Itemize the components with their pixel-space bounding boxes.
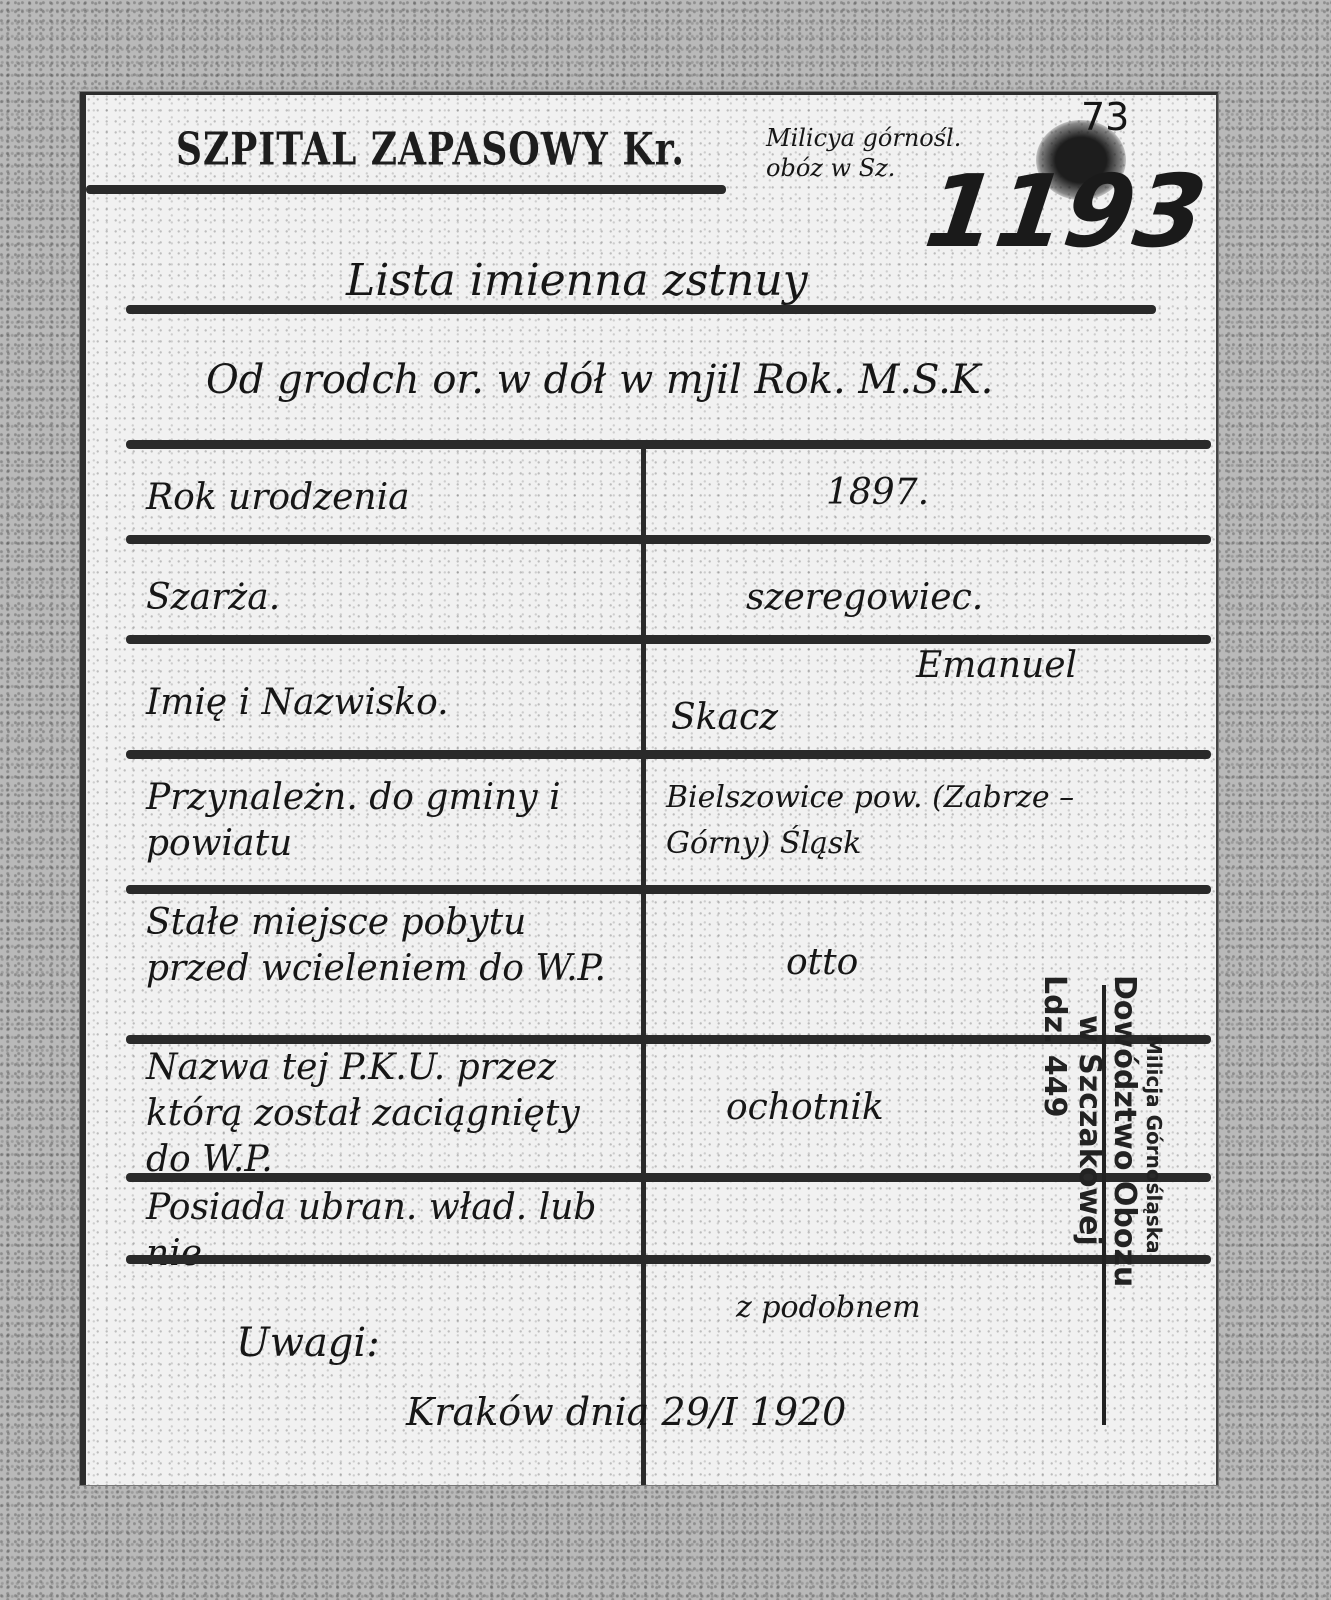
from-line: Od grodch or. w dół w mjil Rok. M.S.K.	[206, 357, 993, 403]
value-surname: Skacz	[671, 695, 778, 741]
stamp-line-4: Ldz. 449	[1037, 975, 1072, 1287]
value-permanent-residence: otto	[786, 940, 858, 986]
label-name: Imię i Nazwisko.	[146, 680, 449, 726]
printed-header: SZPITAL ZAPASOWY Kr.	[176, 123, 685, 176]
document-title: Lista imienna zstnuy	[346, 255, 808, 306]
row-rule	[126, 885, 1211, 894]
header-rule	[86, 185, 726, 194]
title-rule	[126, 305, 1156, 314]
row-rule	[126, 535, 1211, 544]
document-sheet: SZPITAL ZAPASOWY Kr. Milicya górnośl. ob…	[80, 92, 1218, 1485]
margin-note-line-2: obóz w Sz.	[766, 153, 961, 183]
label-birth-year: Rok urodzenia	[146, 475, 410, 521]
place-date: Kraków dnia 29/I 1920	[406, 1390, 846, 1434]
label-permanent-residence: Stałe miejsce pobytu przed wcieleniem do…	[146, 900, 626, 992]
value-first-name: Emanuel	[916, 643, 1077, 689]
label-residence-municipality: Przynależn. do gminy i powiatu	[146, 775, 626, 867]
page-number: 73	[1081, 95, 1129, 139]
value-residence-municipality: Bielszowice pow. (Zabrze – Górny) Śląsk	[666, 775, 1186, 867]
official-stamp: Milicja Górnośląska Dowództwo Obozu w Sz…	[1037, 975, 1166, 1287]
stamp-line-3: w Szczakowej	[1072, 1015, 1107, 1287]
header-text: SZPITAL ZAPASOWY	[176, 123, 609, 176]
value-birth-year: 1897.	[826, 470, 929, 516]
value-recruitment-office: ochotnik	[726, 1085, 884, 1131]
remarks-label: Uwagi:	[236, 1320, 380, 1366]
header-suffix: Kr.	[622, 123, 684, 176]
stamp-line-2: Dowództwo Obozu	[1107, 975, 1142, 1287]
stamp-line-1: Milicja Górnośląska	[1142, 1035, 1166, 1287]
row-rule	[126, 750, 1211, 759]
value-rank: szeregowiec.	[746, 575, 983, 621]
signature-note: z podobnem	[736, 1290, 921, 1325]
label-recruitment-office: Nazwa tej P.K.U. przez którą został zaci…	[146, 1045, 626, 1183]
label-rank: Szarża.	[146, 575, 280, 621]
margin-note-line-1: Milicya górnośl.	[766, 123, 961, 153]
table-top-rule	[126, 440, 1211, 449]
margin-note: Milicya górnośl. obóz w Sz.	[766, 123, 961, 183]
column-divider	[641, 445, 646, 1485]
register-number: 1193	[907, 153, 1223, 270]
